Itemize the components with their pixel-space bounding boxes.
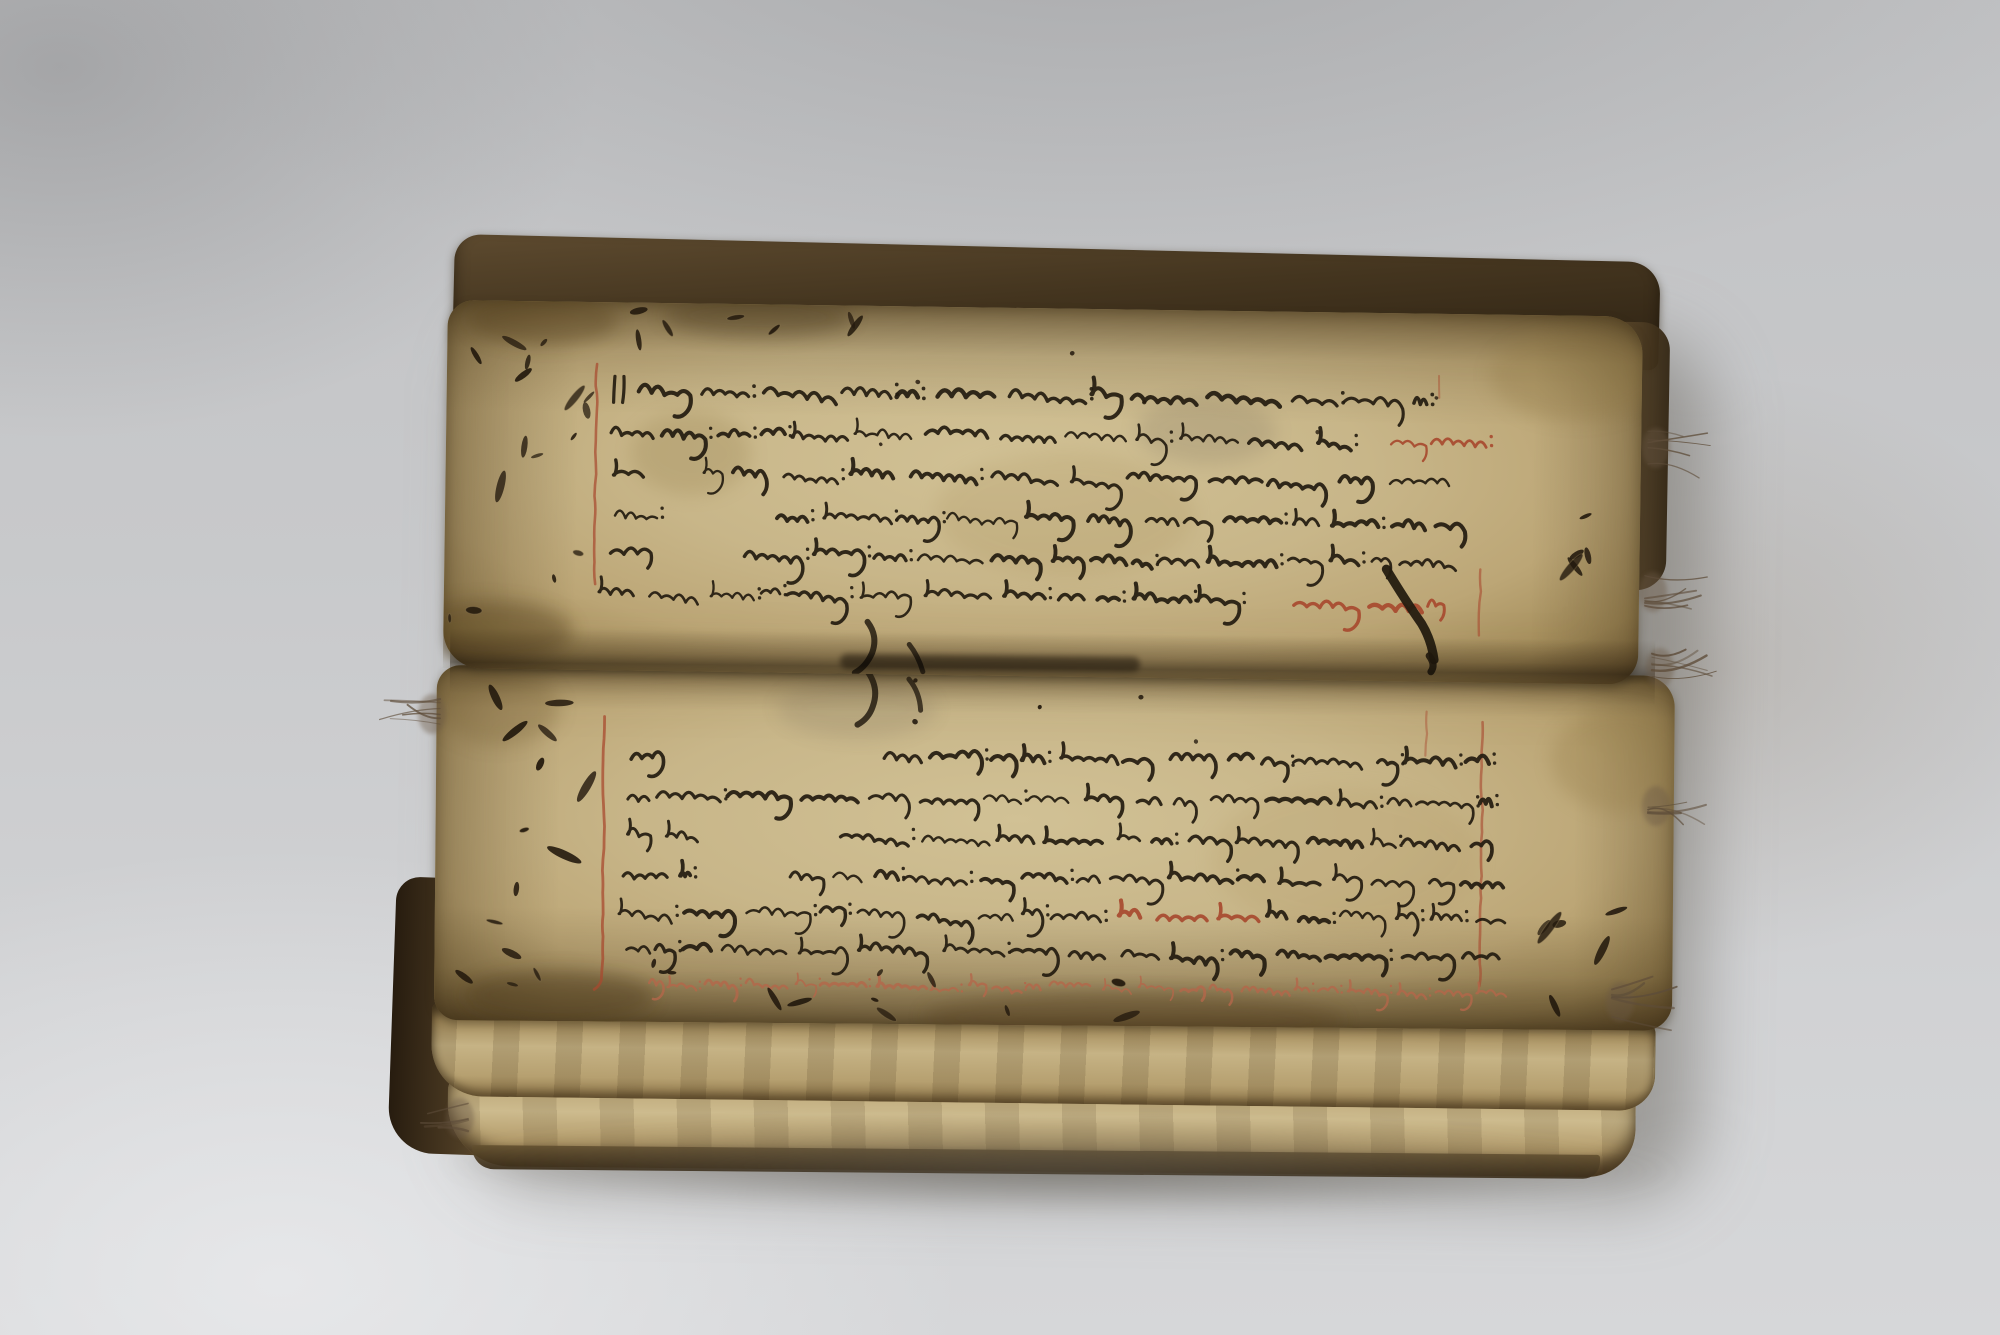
handwritten-script-cluster [1268,480,1327,506]
handwritten-script-cluster [869,794,909,818]
handwritten-script-cluster [855,419,912,440]
tsheg-dot [970,880,973,883]
worm-hole [1547,994,1562,1018]
tsheg-dot [811,518,814,521]
handwritten-script-cluster [1288,558,1323,585]
worm-hole [551,574,557,583]
tsheg-dot [985,748,988,751]
tsheg-dot [675,905,678,908]
bottom-page-artwork [434,665,1675,1031]
handwritten-script-cluster [795,973,816,996]
tsheg-dot [754,435,757,438]
worm-hole [493,470,508,504]
tsheg-dot [842,477,845,480]
tsheg-dot [1459,753,1462,756]
handwritten-script-cluster [1377,760,1397,785]
tsheg-dot [912,837,915,840]
worm-hole [448,614,452,623]
tsheg-dot [1465,919,1468,922]
handwritten-script-cluster [705,980,738,1001]
worm-hole [635,329,643,351]
tsheg-dot [660,506,663,509]
ink-smear [909,644,923,671]
tsheg-dot [1431,402,1435,406]
handwritten-script-cluster [727,792,791,819]
handwritten-script-cluster [722,945,786,955]
tsheg-dot [1046,913,1049,916]
handwritten-script-cluster [925,581,991,599]
handwritten-script-cluster [1004,581,1045,599]
tsheg-dot [1380,805,1383,808]
worm-hole [570,432,578,441]
tsheg-dot [1284,512,1287,515]
worm-hole [513,882,520,897]
handwritten-script-cluster [1134,584,1191,603]
tsheg-dot [1071,878,1074,881]
tsheg-dot [848,902,851,905]
worm-hole [454,968,475,986]
worm-hole [520,435,529,458]
handwritten-script-cluster [1292,396,1337,405]
handwritten-script-cluster [997,825,1034,843]
handwritten-script-cluster [666,821,697,842]
handwritten-script-cluster [655,945,675,973]
handwritten-script-cluster [1123,759,1153,780]
tsheg-dot [1123,599,1126,602]
tsheg-dot [1355,443,1358,446]
tsheg-dot [1312,989,1314,991]
handwritten-script-cluster [1097,597,1119,601]
frayed-fiber [384,700,440,702]
handwritten-script-cluster [657,792,721,802]
handwritten-script-cluster [667,976,696,990]
worm-hole [629,306,648,316]
handwritten-script-cluster [1044,827,1102,844]
handwritten-script-cluster [1339,476,1373,502]
tsheg-dot [1493,761,1496,764]
frayed-fiber [408,705,441,719]
handwritten-script-cluster [1414,398,1427,405]
handwritten-script-cluster [1174,798,1197,822]
handwritten-script-cluster [1229,753,1253,759]
handwritten-script-cluster [1277,950,1320,960]
tsheg-dot [910,558,913,561]
tsheg-dot [783,584,786,587]
handwritten-script-cluster [1293,601,1359,631]
handwritten-script-cluster [1400,559,1456,570]
worm-hole [1069,350,1075,356]
worm-hole [1605,905,1628,917]
tsheg-dot [1175,841,1178,844]
handwritten-script-cluster [930,751,982,774]
handwritten-script-cluster [684,910,735,936]
tsheg-dot [1401,753,1404,756]
frayed-fiber [403,713,440,715]
handwritten-script-cluster [1065,432,1126,441]
handwritten-script-cluster [1137,797,1161,804]
paper-stain [464,969,654,1023]
handwritten-script-cluster [1402,953,1454,980]
frayed-fiber [380,709,440,720]
tsheg-dot [850,595,853,598]
worm-hole [545,843,583,866]
worm-hole [878,442,883,447]
paper-stain [1210,785,1481,931]
handwritten-script-cluster [944,936,1005,957]
worm-hole [531,452,544,459]
handwritten-script-cluster [1152,839,1172,844]
tsheg-dot [1390,991,1392,993]
worm-hole [870,997,879,1003]
handwritten-script-cluster [991,755,1017,776]
paper-stain [1489,330,1642,422]
handwritten-script-cluster [1295,979,1310,992]
tsheg-dot [849,912,852,915]
tsheg-dot [868,554,871,557]
handwritten-script-cluster [1122,950,1159,959]
worm-hole [1535,910,1565,946]
tsheg-dot [1429,994,1431,996]
handwritten-script-cluster [626,946,649,953]
handwritten-script-cluster [761,428,785,434]
tsheg-dot [970,871,973,874]
red-margin-rule [593,364,598,584]
tsheg-dot [1341,991,1343,993]
tsheg-dot [1460,762,1463,765]
handwritten-script-cluster [1171,943,1218,979]
handwritten-script-cluster [1011,948,1059,975]
tsheg-dot [1333,921,1336,924]
tsheg-dot [806,557,809,560]
tsheg-dot [1104,910,1107,913]
tsheg-dot [1421,918,1424,921]
tsheg-dot [1175,832,1178,835]
ink-smear [1429,656,1433,672]
handwritten-script-cluster [820,907,845,926]
worm-hole [574,769,599,804]
handwritten-script-cluster [1344,397,1404,425]
tsheg-dot [1105,919,1108,922]
tsheg-dot [1291,754,1294,757]
worm-hole [1591,934,1612,966]
handwritten-script-cluster [1170,754,1216,778]
handwritten-script-cluster [842,387,891,398]
handwritten-script-cluster [1022,745,1045,763]
handwritten-script-cluster [702,389,749,397]
worm-hole [486,918,503,926]
handwritten-script-cluster [746,979,788,990]
handwritten-script-cluster [1118,824,1140,841]
tsheg-dot [1070,869,1073,872]
tsheg-dot [1280,562,1283,565]
handwritten-script-cluster [631,752,664,777]
handwritten-script-cluster [1022,873,1067,883]
contact-shadow [445,1118,1676,1219]
handwritten-script-cluster [1427,600,1444,620]
tsheg-dot [1362,551,1365,554]
handwritten-script-cluster [937,389,994,397]
tsheg-dot [661,515,664,518]
tsheg-dot [895,383,899,387]
handwritten-script-cluster [610,548,651,568]
tsheg-dot [814,913,817,916]
worm-hole [1434,396,1439,401]
handwritten-script-cluster [984,795,1021,804]
handwritten-script-cluster [1392,520,1425,530]
tsheg-dot [1048,760,1051,763]
tsheg-dot [1495,794,1498,797]
tsheg-dot [1390,985,1392,987]
handwritten-script-cluster [922,836,989,846]
photo-background [0,0,2000,1335]
tsheg-dot [985,757,988,760]
handwritten-script-cluster [981,879,1014,901]
tsheg-dot [1024,982,1026,984]
tsheg-dot [922,396,926,400]
handwritten-script-cluster [1435,523,1465,546]
tsheg-dot [1492,752,1495,755]
worm-hole [1583,547,1593,565]
tsheg-dot [1090,397,1094,401]
tsheg-dot [678,940,681,943]
tsheg-dot [868,978,870,980]
worm-hole [926,971,938,988]
tsheg-dot [694,866,697,869]
handwritten-script-cluster [1028,796,1069,803]
tsheg-dot [902,867,905,870]
handwritten-script-cluster [744,551,803,583]
tsheg-dot [1236,868,1239,871]
handwritten-script-cluster [1318,987,1338,992]
tsheg-dot [752,394,756,398]
tsheg-dot [1362,560,1365,563]
worm-hole [513,366,533,384]
tsheg-dot [1390,958,1393,961]
tsheg-dot [813,904,816,907]
tsheg-dot [1489,435,1492,438]
tsheg-dot [740,984,742,986]
handwritten-script-cluster [746,907,810,934]
tsheg-dot [806,548,809,551]
handwritten-script-cluster [1262,758,1289,781]
handwritten-script-cluster [627,819,651,851]
upper-manuscript-leaf [443,300,1643,685]
handwritten-script-cluster [896,516,939,541]
handwritten-script-cluster [1110,875,1163,904]
handwritten-script-cluster [874,554,906,561]
handwritten-script-cluster [920,799,979,820]
section-bar-mark [614,376,615,402]
red-margin-rule [594,716,605,989]
handwritten-script-cluster [1398,983,1427,999]
handwritten-script-cluster [1077,876,1100,883]
tsheg-dot [1285,521,1288,524]
tsheg-dot [739,977,741,979]
worm-hole [1037,704,1043,710]
tsheg-dot [909,549,912,552]
handwritten-script-cluster [884,753,921,763]
handwritten-script-cluster [1119,900,1141,917]
ink-smear [855,622,875,673]
tsheg-dot [1340,985,1342,987]
worm-hole [581,401,592,419]
handwritten-script-cluster [820,982,866,986]
handwritten-script-cluster [1091,378,1122,419]
handwritten-script-cluster [1059,594,1084,600]
handwritten-script-cluster [969,974,987,996]
handwritten-script-cluster [1051,912,1101,922]
handwritten-script-cluster [615,511,657,520]
handwritten-script-cluster [992,987,1021,994]
tsheg-dot [758,596,761,599]
frayed-fiber [390,719,440,725]
tsheg-dot [811,509,814,512]
paper-stain [467,300,618,346]
red-margin-rule [1425,712,1427,756]
handwritten-script-cluster [628,795,649,801]
handwritten-script-cluster [1022,899,1043,937]
tsheg-dot [1332,912,1335,915]
tsheg-dot [676,914,679,917]
handwritten-script-cluster [784,474,838,484]
tsheg-dot [1242,592,1245,595]
handwritten-script-cluster [764,388,837,405]
handwritten-script-cluster [1208,547,1277,567]
tsheg-dot [960,983,962,985]
worm-hole [572,549,584,557]
handwritten-script-cluster [1001,435,1056,442]
handwritten-script-cluster [926,427,988,438]
tsheg-dot [1380,796,1383,799]
tsheg-dot [1476,795,1479,798]
paper-stain [443,599,574,661]
tsheg-dot [1221,949,1224,952]
handwritten-script-cluster [790,872,824,895]
frayed-fiber [391,699,440,702]
handwritten-script-cluster [1085,784,1122,816]
handwritten-script-cluster [877,976,927,990]
tsheg-dot [869,985,871,987]
worm-hole [915,379,921,384]
handwritten-script-cluster [979,914,1013,921]
paper-stain [630,411,751,497]
handwritten-script-cluster [649,592,698,604]
handwritten-script-cluster [1318,428,1351,450]
tsheg-dot [1049,596,1052,599]
handwritten-script-cluster [599,577,634,596]
tsheg-dot [1382,526,1385,529]
tsheg-dot [850,586,853,589]
top-page-artwork [443,300,1643,685]
worm-hole [667,971,676,975]
worm-hole [765,986,783,1011]
handwritten-script-cluster [875,871,898,880]
tsheg-dot [1024,789,1027,792]
handwritten-script-cluster [1466,756,1489,764]
tsheg-dot [961,990,963,992]
handwritten-script-cluster [1209,477,1261,484]
handwritten-script-cluster [1061,743,1118,764]
handwritten-script-cluster [619,899,672,924]
handwritten-script-cluster [683,944,711,951]
ink-smear [1385,569,1435,660]
handwritten-script-cluster [1431,439,1486,448]
tsheg-dot [1007,942,1010,945]
handwritten-script-cluster [1390,478,1449,486]
handwritten-script-cluster [1348,980,1388,1010]
handwritten-script-cluster [1436,990,1472,1010]
handwritten-script-cluster [1332,511,1379,527]
tsheg-dot [1280,553,1283,556]
tsheg-dot [1399,835,1402,838]
handwritten-script-cluster [833,873,861,882]
worm-hole [501,946,523,961]
tsheg-dot [1122,590,1125,593]
worm-hole [1579,512,1592,521]
handwritten-script-cluster [761,589,780,594]
tsheg-dot [895,509,898,512]
tsheg-dot [819,978,821,980]
handwritten-script-cluster [711,581,754,600]
paper-stain [1136,396,1277,466]
tsheg-dot [753,426,756,429]
tsheg-dot [699,980,701,982]
handwritten-script-cluster [813,539,864,576]
handwritten-script-cluster [1050,981,1091,987]
handwritten-script-cluster [1404,748,1456,768]
handwritten-script-cluster [1330,545,1359,565]
worm-hole [650,958,656,968]
tsheg-dot [1496,803,1499,806]
handwritten-script-cluster [1009,390,1085,404]
handwritten-script-cluster [799,938,848,974]
worm-hole [519,827,530,834]
tsheg-dot [1194,590,1197,593]
handwritten-script-cluster [1230,950,1264,975]
tsheg-dot [694,875,697,878]
section-bar-mark [623,376,625,402]
handwritten-script-cluster [861,583,912,617]
handwritten-script-cluster [1293,509,1319,525]
handwritten-script-cluster [850,459,893,478]
handwritten-script-cluster [623,873,667,879]
tsheg-dot [922,387,926,391]
handwritten-script-cluster [858,935,927,972]
worm-hole [534,756,546,771]
tsheg-dot [1465,910,1468,913]
red-margin-rule [1439,376,1440,398]
handwritten-script-cluster [1158,558,1199,567]
tsheg-dot [1048,587,1051,590]
handwritten-script-cluster [904,876,967,885]
handwritten-script-cluster [1242,987,1290,996]
lower-manuscript-leaf [434,665,1675,1031]
tsheg-dot [1430,393,1434,397]
tsheg-dot [724,788,727,791]
tsheg-dot [1354,434,1357,437]
handwritten-script-cluster [680,861,690,877]
tsheg-dot [1243,601,1246,604]
handwritten-script-cluster [1026,984,1041,990]
worm-hole [524,354,532,370]
tsheg-dot [752,384,756,388]
tsheg-dot [757,587,760,590]
tsheg-dot [1221,958,1224,961]
tsheg-dot [841,468,844,471]
tsheg-dot [867,545,870,548]
handwritten-script-cluster [1069,952,1104,960]
handwritten-script-cluster [1325,954,1386,975]
